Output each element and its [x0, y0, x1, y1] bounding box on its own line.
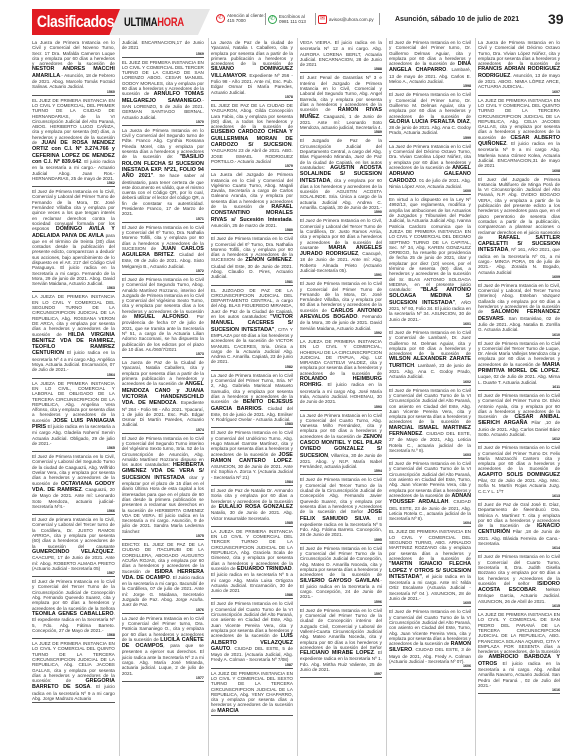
deceased-name: MARCIA	[217, 708, 239, 714]
legal-notice: Judicial. ENCARNACION,17 de Junio de 202…	[122, 38, 204, 58]
legal-notice: El Juez del Juzgado de Primera Instancia…	[478, 175, 560, 281]
notice-text: Judicial. ENCARNACION,17 de Junio de 202…	[122, 40, 204, 50]
notice-text: El Juez de Primera Instancia en lo Civil…	[389, 388, 471, 425]
notice-code: 1614	[478, 546, 560, 550]
legal-notice: El Juez de Primera Instancia en lo Civil…	[389, 459, 471, 527]
legal-notice: El Juez de Primera Instancia en lo Civil…	[478, 391, 560, 443]
deceased-name: ZENON GIMENEZ	[245, 257, 291, 263]
ultimahora-logo: ULTIMAHORA	[124, 15, 184, 29]
notice-code: 1575	[122, 534, 204, 538]
notice-code: 1607	[478, 90, 560, 94]
notice-text: LA JUEZA DE PRIMERA INSTANCIA EN LO CIVI…	[211, 529, 293, 571]
phone-icon: ✆	[216, 14, 225, 23]
legal-notice: La Jueza de Primera Instancia en lo Civi…	[122, 126, 204, 223]
notice-code: 1597	[300, 672, 382, 676]
whatsapp-icon: ✆	[268, 15, 277, 24]
notice-text: El Juez de Primera Instancia en lo Civil…	[478, 445, 560, 471]
notice-text: LA JUEZ DE PRIMERA INSTANCIA EN LO CIVIL…	[478, 98, 560, 140]
legal-notice: La Jueza de Primera Instancia en lo Civi…	[32, 38, 115, 96]
notice-text: La Jueza de Primera Instancia en lo Civi…	[32, 40, 115, 66]
notice-column: VEGA VIEIRA. El juicio radica en la secr…	[297, 38, 384, 756]
notice-code: 1585	[211, 521, 293, 525]
legal-notice: LA JUEZ DE PRIMERA INSTANCIA EN LO CIVIL…	[478, 96, 560, 175]
notice-text: El Juez de primera Instancia en lo Civil…	[32, 517, 115, 548]
notice-code: 1592	[300, 331, 382, 335]
legal-notice: VEGA VIEIRA. El juicio radica en la secr…	[300, 38, 382, 73]
notice-code: 1589	[300, 130, 382, 134]
notice-code: 1563	[32, 286, 115, 290]
legal-notice: El Juez de Primera Instancia en lo Civil…	[478, 281, 560, 339]
legal-notice: La Juez de Primera Instancia en lo Civil…	[211, 371, 293, 429]
notice-code: 1567	[32, 571, 115, 575]
classifieds-columns: La Jueza de Primera Instancia en lo Civi…	[30, 38, 562, 756]
legal-notice: El Juez de Paz de Natalio Dr. Armando So…	[211, 486, 293, 527]
legal-notice: LA JUEZ DE PRIMERA INSTANCIA EN LO CIVIL…	[32, 639, 115, 703]
notice-code: 1584	[211, 480, 293, 484]
legal-notice: El Juez de Primera Instancia en lo Civil…	[478, 339, 560, 391]
notice-code: 1596	[300, 600, 382, 604]
legal-notice: El Juez de Primera Instancia en lo Civil…	[478, 552, 560, 610]
notice-code: 1573	[122, 352, 204, 356]
notice-text: LA JUEZ DE PRIMERA INSTANCIA EN LO CIVIL…	[478, 612, 560, 659]
legal-notice: El Juez de Primera Instancia en lo Civil…	[389, 38, 471, 90]
notice-text: VEGA VIEIRA	[300, 40, 330, 45]
legal-notice: LA JUEZA DE PRIMERA INSTANCIA EN LO CIVI…	[211, 527, 293, 600]
notice-text: LA JUEZA DE PRIMERA INSTANCIA EN LO CIVI…	[32, 381, 115, 423]
notice-text: En virtud a lo dispuesto en la Ley Nº 49…	[389, 197, 471, 292]
notice-text: La Jueza de Paz de la ciudad de Ypacaraí…	[211, 40, 293, 66]
notice-text: El Juez de Primera Instancia en lo Civil…	[300, 546, 382, 577]
notice-text: para que en el término de treinta (30) d…	[32, 233, 115, 287]
notice-code: 1582	[211, 365, 293, 369]
notice-text: LA JUEZA DE PRIMERA INSTANCIA EN LO CIVI…	[300, 339, 382, 376]
legal-notice: EL JUEZ DE PRIMERA INSTANCIA EN LO CIVIL…	[32, 96, 115, 187]
legal-notice: El Juez de Primera Instancia en lo Civil…	[122, 275, 204, 358]
page-number: 39	[548, 11, 564, 27]
deceased-name: EUSEBIO CARDOZO CHENA Y GUILLERMINA MORA…	[211, 129, 293, 148]
legal-notice: El Juez de Primera Instancia en lo Civil…	[478, 443, 560, 500]
notice-code: 1601	[389, 322, 471, 326]
deceased-name: EULALIO ROSA GONZALEZ	[219, 504, 293, 510]
legal-notice: La Jueza del Juzgado de Primera Instanci…	[211, 170, 293, 234]
notice-code: 1564	[32, 373, 115, 377]
deceased-name: GUMERCINDO VELÁZQUEZ	[32, 549, 114, 555]
notice-code: 1606	[389, 664, 471, 668]
deceased-name: SILVERIO GAYOSO GAVILAN	[300, 578, 379, 584]
notice-code: 1613	[478, 494, 560, 498]
notice-text: El Juez de Primera Instancia en lo Civil…	[32, 579, 115, 610]
legal-notice: El Juez de Paz de Gral José E. Díaz, Dep…	[478, 500, 560, 552]
notice-code: 1572	[122, 269, 204, 273]
notice-code: 1612	[478, 437, 560, 441]
notice-code: 1608	[478, 169, 560, 173]
legal-notice: El Juez de Primera Instancia en lo Civil…	[122, 223, 204, 275]
legal-notice: El Juez de Primera Instancia en lo Civil…	[389, 607, 471, 670]
notice-code: 1588	[300, 67, 382, 71]
legal-notice: LA JUEZA DE PRIMERA INSTANCIA EN LO CIVI…	[32, 292, 115, 378]
legal-notice: El Juzgado de Paz de la Circunscripción …	[300, 136, 382, 216]
notice-code: 1581	[211, 280, 293, 284]
legal-notice: La Jueza de Primera Instancia en lo Civi…	[478, 38, 560, 96]
notice-code: 1591	[300, 273, 382, 277]
notice-code: 1595	[300, 538, 382, 542]
notice-code: 1580	[211, 228, 293, 232]
legal-notice: En virtud a lo dispuesto en la Ley Nº 49…	[389, 195, 471, 328]
notice-code: 1599	[389, 136, 471, 140]
deceased-name: GLORIA LUCIA PERALTA DIAZ	[389, 119, 470, 125]
notice-code: 1576	[122, 608, 204, 612]
section-banner: Clasificados	[32, 9, 120, 35]
deceased-name: FELICIANO MIRABE LOPEZ	[300, 650, 374, 656]
legal-notice: El Juez de Primera Instancia en lo Civil…	[32, 577, 115, 639]
deceased-name: EDUARDO TRINIDAD	[237, 566, 292, 572]
legal-notice: La Jueza de Paz de la ciudad de Ypacaraí…	[211, 38, 293, 101]
notice-text: EL JUEZ DE PRIMERA INSTANCIA EN LO CIVIL…	[389, 529, 471, 560]
contact-whatsapp: ✆ Escríbinos al0981 111 013	[262, 13, 306, 25]
legal-notice: El Juez de Primera Instancia en lo Civil…	[389, 328, 471, 386]
notice-text: El Juez de Primera Instancia en lo Civil…	[389, 92, 471, 118]
notice-code: 1594	[300, 469, 382, 473]
notice-code: 1616	[478, 688, 560, 692]
notice-text: LA JUEZ DE PRIMERA INSTANCIA EN LO CIVIL…	[32, 641, 115, 683]
deceased-name: MIGUEL ALFONSO	[134, 314, 188, 320]
legal-notice: La Jueza de Paz de la Ciudad de Ypacaraí…	[122, 358, 204, 434]
notice-code: 1615	[478, 604, 560, 608]
notice-text: El Juez del Juzgado de Primera Instancia…	[478, 177, 560, 240]
deceased-name: AGAPITO SOLIS DOMINGUEZ	[478, 472, 560, 478]
notice-text: El Juez de Primera Instancia en lo Civil…	[32, 189, 115, 231]
legal-notice: EL JUEZ DE PRIMERA INSTANCIA EN LO CIVIL…	[122, 58, 204, 126]
legal-notice: EL JUZGADO DE PAZ DE LA CIRCUNSCRIPCION …	[211, 286, 293, 371]
notice-code: 1568	[32, 633, 115, 637]
page-header: Clasificados ULTIMAHORA ✆ Atención al cl…	[0, 0, 580, 38]
notice-code: 1566	[32, 509, 115, 513]
notice-text: LA JUEZA DE PRIMERA INSTANCIA EN LO CIVI…	[32, 294, 115, 336]
notice-code: 1604	[389, 521, 471, 525]
notice-code: 1603	[389, 453, 471, 457]
notice-text: , CITA Y EMPLAZA por 60 días a los hered…	[211, 327, 293, 365]
legal-notice: El Juez de Primera Instancia en lo Civil…	[211, 234, 293, 285]
notice-code: 1611	[478, 385, 560, 389]
legal-notice: El Juez de Primera Instancia en lo Civil…	[300, 606, 382, 679]
notice-column: La Jueza de Primera Instancia en lo Civi…	[30, 38, 117, 756]
notice-code: 1570	[122, 120, 204, 124]
notice-text: citar y emplazar por el plazo de 15 días…	[122, 475, 204, 534]
legal-notice: El Juez de Primera Instancia en lo Civil…	[300, 216, 382, 279]
legal-notice: El Juez de Primera Instancia en lo Civil…	[389, 386, 471, 460]
notice-code: 1562	[32, 181, 115, 185]
notice-code: 1605	[389, 601, 471, 605]
legal-notice: LA JUEZ DE PRIMERA INSTANCIA EN LO CIVIL…	[478, 610, 560, 694]
legal-notice: LA JUEZA DE PRIMERA INSTANCIA EN LO CIVI…	[32, 379, 115, 453]
publication-date: Asunción, sábado 10 de julio de 2021	[395, 16, 519, 23]
notice-code: 1609	[478, 275, 560, 279]
section-title: Clasificados	[32, 9, 104, 35]
legal-notice: El Juez de Primera Instancia en lo Civil…	[122, 434, 204, 540]
legal-notice: El Juez de Primera Instancia en lo Civil…	[32, 452, 115, 515]
notice-code: 1579	[211, 164, 293, 168]
notice-code: 1571	[122, 217, 204, 221]
notice-code: 1598	[389, 84, 471, 88]
contact-phone: ✆ Atención al cliente:415 7000	[216, 13, 265, 23]
notice-column: La Jueza de Primera Instancia en lo Civi…	[475, 38, 562, 756]
notice-text: El Juez de Primera Instancia en lo Civil…	[389, 330, 471, 356]
legal-notice: El Juez de Primera Instancia en lo Civil…	[32, 187, 115, 292]
legal-notice: El Juez de Primera Instancia en lo Civil…	[389, 90, 471, 141]
legal-notice: LA JUEZA DE PRIMERA INSTANCIA EN LO CIVI…	[300, 337, 382, 411]
notice-code: 1610	[478, 333, 560, 337]
notice-code: 1560	[32, 90, 115, 94]
legal-notice: El Juez de Primera Instancia en lo Civil…	[300, 279, 382, 337]
legal-notice: EL JUEZ DE PRIMERA INSTANCIA EN LO CIVIL…	[389, 527, 471, 607]
notice-column: La Jueza de Paz de la ciudad de Ypacaraí…	[208, 38, 295, 756]
notice-text: EL JUEZ DE PAZ DE LA CIUDAD DE YAGUARON,…	[211, 103, 293, 129]
notice-column: El Juez de Primera Instancia en lo Civil…	[386, 38, 473, 756]
legal-notice: La Juez de Primera Instancia en lo Civil…	[122, 614, 204, 682]
notice-code: 1587	[211, 663, 293, 667]
email-icon: ✉	[318, 15, 327, 24]
notice-code: 1600	[389, 189, 471, 193]
legal-notice: El Juez de Primera Instancia en lo Civil…	[211, 428, 293, 486]
notice-text: Pilar, 02 de Julio de 2021. Abg. Msc. So…	[478, 478, 560, 494]
notice-text: LA JUEZ DE PRIMERA INSTANCIA EN LO CIVIL…	[211, 671, 293, 713]
legal-notice: La Juez de Primera Instancia en lo Civil…	[389, 142, 471, 195]
notice-text: El Juez de Primera Instancia en lo Civil…	[122, 277, 204, 319]
notice-text: EL JUEZ DE PRIMERA INSTANCIA EN LO CIVIL…	[32, 98, 115, 145]
notice-code: 1577	[122, 676, 204, 680]
notice-text: El Juez de Primera Instancia en lo Civil…	[300, 608, 382, 650]
notice-code: 1574	[122, 428, 204, 432]
legal-notice: LA JUEZ DE PRIMERA INSTANCIA EN LO CIVIL…	[211, 669, 293, 716]
notice-text: . Se hace saber al destinatario, para te…	[122, 173, 204, 216]
legal-notice: EDICTO: EL JUEZ DE PAZ DE LA CIUDAD DE I…	[122, 540, 204, 614]
legal-notice: La Juez de Primera Instancia en lo Civil…	[300, 411, 382, 476]
contact-email: ✉ avisos@uhora.com.py	[312, 13, 380, 25]
legal-notice: El Juez de Primera Instancia en lo Civil…	[211, 599, 293, 668]
notice-code: 1569	[122, 52, 204, 56]
legal-notice: EL JUEZ DE PAZ DE LA CIUDAD DE YAGUARON,…	[211, 101, 293, 170]
legal-notice: El Juez de primera Instancia en lo Civil…	[32, 515, 115, 577]
notice-text: . Por providencia de fecha 07 de julio d…	[122, 314, 204, 352]
notice-text: Natalio, 30 de Junio de 2021. Abg. Victo…	[211, 510, 293, 520]
notice-text: La Jueza de Primera Instancia en lo Civi…	[478, 40, 560, 66]
notice-code: 1590	[300, 210, 382, 214]
legal-notice: El Juez de Primera Instancia en lo Civil…	[300, 544, 382, 606]
notice-code: 1586	[211, 593, 293, 597]
notice-code: 1602	[389, 380, 471, 384]
notice-code: 1578	[211, 95, 293, 99]
notice-code: 1565	[32, 446, 115, 450]
legal-notice: El Juez Penal de Garantías Nº 3 e Interi…	[300, 73, 382, 136]
notice-column: Judicial. ENCARNACION,17 de Junio de 202…	[119, 38, 206, 756]
notice-code: 1583	[211, 422, 293, 426]
legal-notice: El Juez de Primera Instancia en lo Civil…	[300, 475, 382, 543]
deceased-name: TEONILA GENES CABALLERO	[32, 611, 114, 617]
notice-code: 1593	[300, 405, 382, 409]
